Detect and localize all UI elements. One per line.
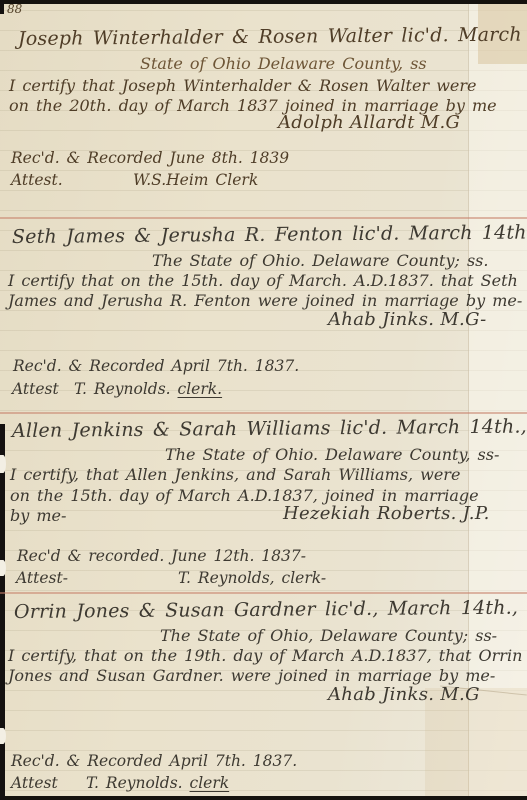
entry-2-heading: Seth James & Jerusha R. Fenton lic'd. Ma… — [12, 222, 527, 249]
entry-4-heading: Orrin Jones & Susan Gardner lic'd., Marc… — [14, 597, 527, 624]
entry-3-recorded-line: Rec'd & recorded. June 12th. 1837- — [17, 548, 306, 566]
entry-3-clerk-signature: T. Reynolds, clerk- — [178, 570, 326, 588]
entry-3-officiant-signature: Hezekiah Roberts. J.P. — [283, 504, 490, 525]
entry-1-certify-line-1: I certify that Joseph Winterhalder & Ros… — [9, 77, 476, 95]
entry-2-recorded-line: Rec'd. & Recorded April 7th. 1837. — [13, 358, 299, 376]
entry-3-by-me: by me- — [10, 507, 66, 525]
entry-4-officiant-signature: Ahab Jinks. M.G — [328, 685, 480, 706]
scan-edge-bottom — [0, 796, 527, 800]
entry-4-state-line: The State of Ohio, Delaware County; ss- — [160, 627, 497, 645]
entry-3-state-line: The State of Ohio. Delaware County, ss- — [165, 446, 499, 464]
red-separator-rule — [0, 592, 527, 594]
entry-4-certify-line-1: I certify, that on the 19th. day of Marc… — [8, 647, 522, 665]
entry-4-recorded-line: Rec'd. & Recorded April 7th. 1837. — [11, 753, 297, 771]
entry-4-attest-label: Attest — [11, 775, 58, 793]
paper-notch — [0, 455, 6, 473]
clerk-title-underlined: clerk. — [178, 380, 223, 398]
scan-edge-top — [0, 0, 527, 4]
entry-1-heading: Joseph Winterhalder & Rosen Walter lic'd… — [18, 24, 527, 51]
clerk-name: T. Reynolds. — [86, 774, 183, 792]
entry-4-certify-line-2: Jones and Susan Gardner. were joined in … — [8, 667, 495, 685]
entry-1-officiant-signature: Adolph Allardt M.G — [278, 113, 460, 134]
red-separator-rule — [0, 412, 527, 414]
entry-2-attest-label: Attest — [12, 381, 59, 399]
entry-2-certify-line-2: James and Jerusha R. Fenton were joined … — [8, 292, 522, 310]
clerk-name: T. Reynolds. — [74, 380, 171, 398]
red-separator-rule — [0, 217, 527, 219]
entry-4-clerk-signature: T. Reynolds. clerk — [86, 775, 229, 793]
entry-3-heading: Allen Jenkins & Sarah Williams lic'd. Ma… — [12, 416, 527, 443]
paper-notch — [0, 560, 6, 576]
entry-2-state-line: The State of Ohio. Delaware County; ss. — [152, 252, 488, 270]
ledger-page: 88 Joseph Winterhalder & Rosen Walter li… — [0, 0, 527, 800]
entry-3-attest-label: Attest- — [16, 570, 68, 588]
entry-3-certify-line-1: I certify, that Allen Jenkins, and Sarah… — [10, 466, 460, 484]
entry-1-recorded-line: Rec'd. & Recorded June 8th. 1839 — [11, 150, 289, 168]
entry-1-clerk-signature: W.S.Heim Clerk — [133, 172, 258, 190]
paper-notch — [0, 728, 6, 744]
entry-2-certify-line-1: I certify that on the 15th. day of March… — [8, 272, 518, 290]
scan-edge-top-left — [0, 0, 4, 14]
entry-2-clerk-signature: T. Reynolds. clerk. — [74, 381, 222, 399]
page-number: 88 — [7, 2, 22, 16]
entry-1-state-line: State of Ohio Delaware County, ss — [140, 55, 427, 73]
clerk-title-underlined: clerk — [190, 774, 230, 792]
entry-1-attest-label: Attest. — [11, 172, 63, 190]
entry-2-officiant-signature: Ahab Jinks. M.G- — [328, 310, 486, 331]
